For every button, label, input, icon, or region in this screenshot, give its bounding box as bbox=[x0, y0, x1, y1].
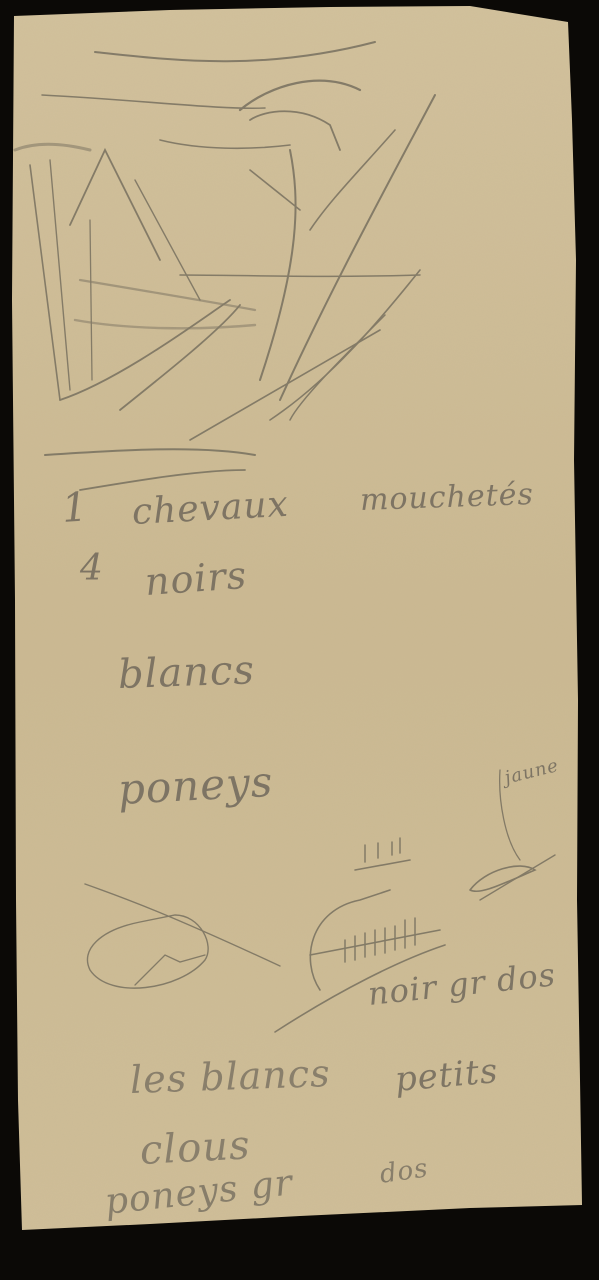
document-sheet: 1 chevaux mouchetés 4 noirs blancs poney… bbox=[0, 0, 599, 1280]
note-line3: blancs bbox=[117, 647, 255, 698]
note-line1-cont: mouchetés bbox=[359, 477, 534, 518]
note-line5: les blancs bbox=[129, 1051, 331, 1102]
note-line2: noirs bbox=[143, 553, 248, 604]
note-number-1: 1 bbox=[60, 484, 90, 532]
note-line4: poneys bbox=[117, 757, 275, 814]
note-number-4: 4 bbox=[80, 548, 104, 589]
note-line6: clous bbox=[139, 1122, 252, 1174]
note-line1: chevaux bbox=[131, 484, 290, 533]
